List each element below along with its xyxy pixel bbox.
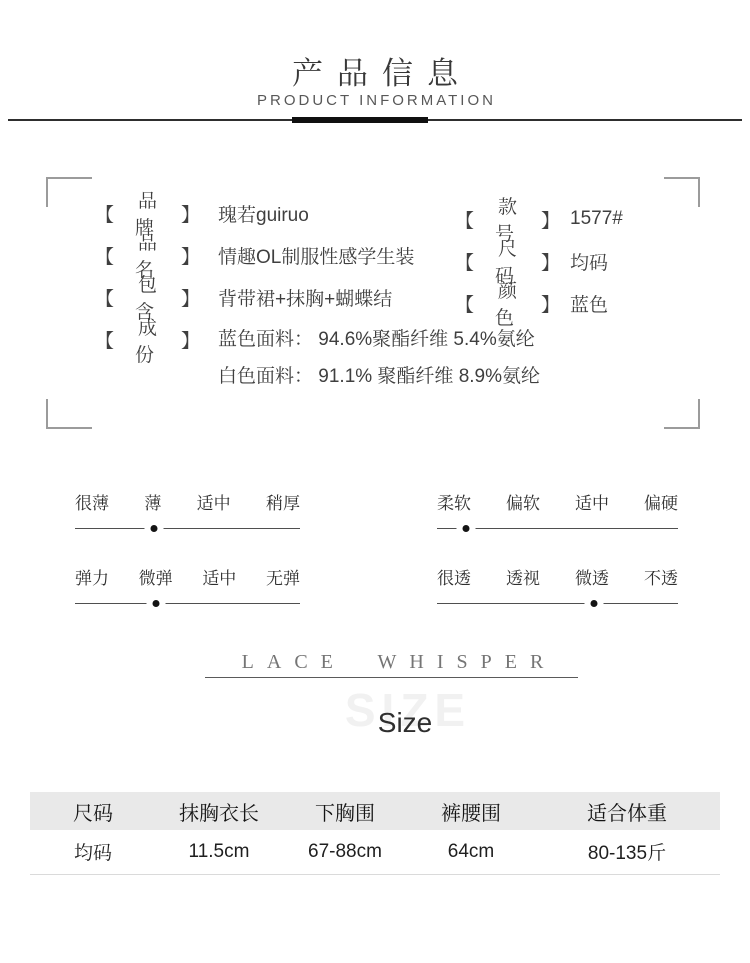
corner-bracket-top-right: [664, 177, 700, 207]
scale-option: 适中: [575, 494, 609, 514]
bracket-open: 【: [95, 326, 114, 353]
scale-transparency-labels: 很透 透视 微透 不透: [437, 569, 678, 589]
scale-elasticity-dot: [153, 600, 160, 607]
scale-thickness-line: [75, 528, 300, 529]
bracket-close: 】: [541, 248, 560, 275]
scale-option: 偏软: [506, 494, 540, 514]
scale-option: 微透: [575, 569, 609, 589]
scale-option: 柔软: [437, 494, 471, 514]
product-info-frame: 【品 牌】 瑰若guiruo 【品 名】 情趣OL制服性感学生装 【包 含】 背…: [46, 177, 700, 429]
cell-waist: 64cm: [408, 830, 534, 874]
info-column-right: 【款 号】 1577# 【尺 码】 均码 【颜 色】 蓝色: [455, 198, 623, 324]
page-subtitle: PRODUCT INFORMATION: [0, 92, 750, 109]
scale-transparency-dot: [590, 600, 597, 607]
brand-value: 瑰若guiruo: [218, 200, 309, 227]
scale-option: 无弹: [266, 569, 300, 589]
tagline-underline: [205, 677, 578, 678]
col-header-size: 尺码: [30, 792, 156, 830]
scale-option: 弹力: [75, 569, 109, 589]
product-name-value: 情趣OL制服性感学生装: [218, 242, 414, 269]
bracket-close: 】: [181, 200, 200, 227]
bracket-open: 【: [455, 206, 474, 233]
size-table: 尺码 抹胸衣长 下胸围 裤腰围 适合体重 均码 11.5cm 67-88cm 6…: [30, 792, 720, 875]
page-title: 产品信息: [0, 48, 750, 93]
bracket-open: 【: [95, 200, 114, 227]
composition-line-white: 白色面料： 91.1% 聚酯纤维 8.9%氨纶: [218, 358, 540, 395]
size-table-data-row: 均码 11.5cm 67-88cm 64cm 80-135斤: [30, 830, 720, 874]
bracket-open: 【: [95, 242, 114, 269]
scale-thickness-dot: [150, 525, 157, 532]
brand-tagline: LACE WHISPER: [205, 651, 580, 674]
header-divider-accent: [292, 117, 428, 123]
scale-transparency: 很透 透视 微透 不透: [437, 569, 678, 604]
scale-thickness-labels: 很薄 薄 适中 稍厚: [75, 494, 300, 514]
header-divider: [8, 119, 742, 121]
scale-elasticity: 弹力 微弹 适中 无弹: [75, 569, 300, 604]
col-header-top-length: 抹胸衣长: [156, 792, 282, 830]
corner-bracket-bottom-right: [664, 399, 700, 429]
scale-option: 适中: [202, 569, 236, 589]
size-table-header-row: 尺码 抹胸衣长 下胸围 裤腰围 适合体重: [30, 792, 720, 830]
cell-underbust: 67-88cm: [282, 830, 408, 874]
info-row-color: 【颜 色】 蓝色: [455, 282, 623, 324]
size-heading: Size: [60, 707, 750, 739]
scale-option: 薄: [144, 494, 161, 514]
corner-bracket-bottom-left: [46, 399, 92, 429]
product-info-page: { "header": { "title_cn": "产品信息", "title…: [0, 0, 750, 963]
scale-thickness: 很薄 薄 适中 稍厚: [75, 494, 300, 529]
contents-value: 背带裙+抹胸+蝴蝶结: [218, 284, 392, 311]
scale-option: 稍厚: [266, 494, 300, 514]
col-header-underbust: 下胸围: [282, 792, 408, 830]
color-label: 【颜 色】: [455, 276, 560, 330]
scale-option: 偏硬: [644, 494, 678, 514]
size-value: 均码: [570, 248, 608, 275]
bracket-open: 【: [455, 290, 474, 317]
scale-option: 不透: [644, 569, 678, 589]
composition-value: 蓝色面料： 94.6%聚酯纤维 5.4%氨纶 白色面料： 91.1% 聚酯纤维 …: [218, 321, 540, 395]
col-header-weight: 适合体重: [534, 792, 720, 830]
bracket-close: 】: [541, 290, 560, 317]
scale-option: 透视: [506, 569, 540, 589]
scale-elasticity-line: [75, 603, 300, 604]
scale-softness: 柔软 偏软 适中 偏硬: [437, 494, 678, 529]
bracket-close: 】: [181, 242, 200, 269]
color-value: 蓝色: [570, 290, 608, 317]
scale-softness-line: [437, 528, 678, 529]
scale-option: 很透: [437, 569, 471, 589]
cell-weight: 80-135斤: [534, 830, 720, 874]
bracket-open: 【: [455, 248, 474, 275]
composition-label: 【成 份】: [95, 321, 200, 358]
col-header-waist: 裤腰围: [408, 792, 534, 830]
style-number-value: 1577#: [570, 208, 623, 230]
bracket-close: 】: [181, 284, 200, 311]
bracket-close: 】: [181, 326, 200, 353]
scale-softness-labels: 柔软 偏软 适中 偏硬: [437, 494, 678, 514]
scale-softness-dot: [462, 525, 469, 532]
bracket-close: 】: [541, 206, 560, 233]
scale-option: 微弹: [139, 569, 173, 589]
corner-bracket-top-left: [46, 177, 92, 207]
cell-size: 均码: [30, 830, 156, 874]
scale-option: 很薄: [75, 494, 109, 514]
cell-top-length: 11.5cm: [156, 830, 282, 874]
scale-elasticity-labels: 弹力 微弹 适中 无弹: [75, 569, 300, 589]
scale-transparency-line: [437, 603, 678, 604]
scale-option: 适中: [197, 494, 231, 514]
bracket-open: 【: [95, 284, 114, 311]
